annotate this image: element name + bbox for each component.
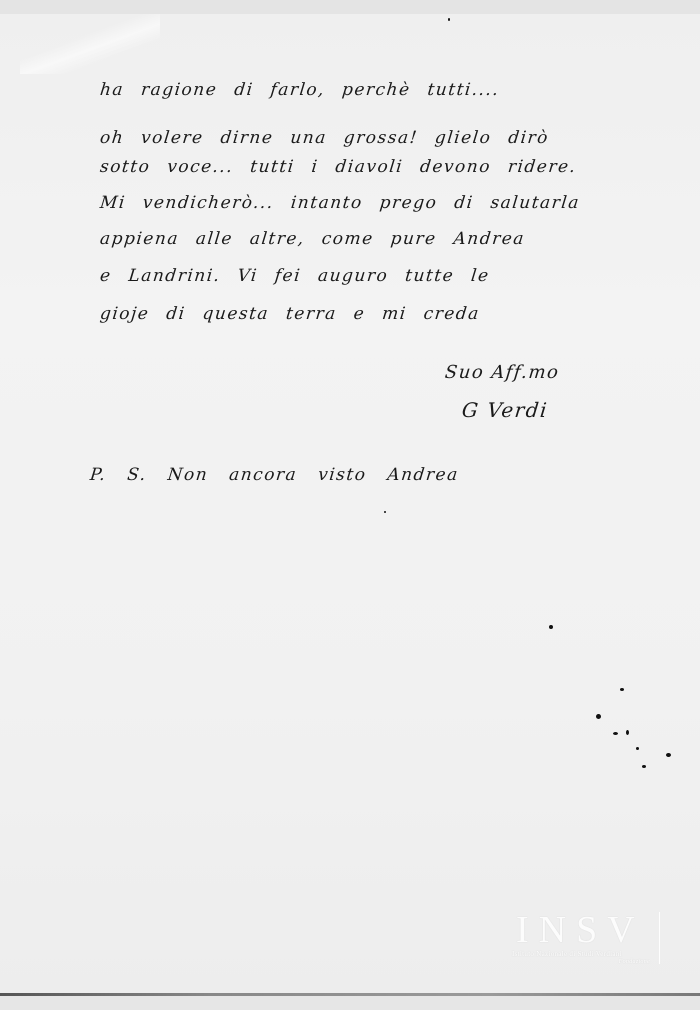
ink-speck [666,753,671,757]
ink-speck [448,18,450,21]
letter-line-2: oh volere dirne una grossa! glielo dirò [99,128,550,148]
scan-bottom-margin [0,996,700,1010]
ink-speck [620,688,624,691]
letter-line-3: sotto voce... tutti i diavoli devono rid… [99,157,578,177]
watermark-subcaption: Fondazione [512,958,660,966]
watermark-divider [659,912,660,964]
letter-line-7: gioje di questa terra e mi creda [99,304,481,324]
letter-postscript: P. S. Non ancora visto Andrea [89,465,460,485]
ink-speck [384,511,386,513]
paper-fold-crease [20,14,160,74]
ink-speck [626,730,629,735]
ink-speck [549,625,553,629]
ink-speck [596,714,601,719]
letter-line-5: appiena alle altre, come pure Andrea [99,229,526,249]
letter-signature: G Verdi [461,398,550,422]
scan-top-margin [0,0,700,15]
ink-speck [636,747,639,750]
insv-watermark: INSV Istituto Nazionale di Studi Verdian… [512,910,660,970]
watermark-logo: INSV [512,910,660,950]
watermark-caption: Istituto Nazionale di Studi Verdiani [512,950,660,958]
ink-speck [642,765,646,768]
letter-line-6: e Landrini. Vi fei auguro tutte le [99,266,491,286]
letter-line-4: Mi vendicherò... intanto prego di saluta… [99,193,581,213]
letter-line-1: ha ragione di farlo, perchè tutti.... [99,80,501,100]
letter-closing: Suo Aff.mo [444,362,561,383]
ink-speck [613,732,618,735]
